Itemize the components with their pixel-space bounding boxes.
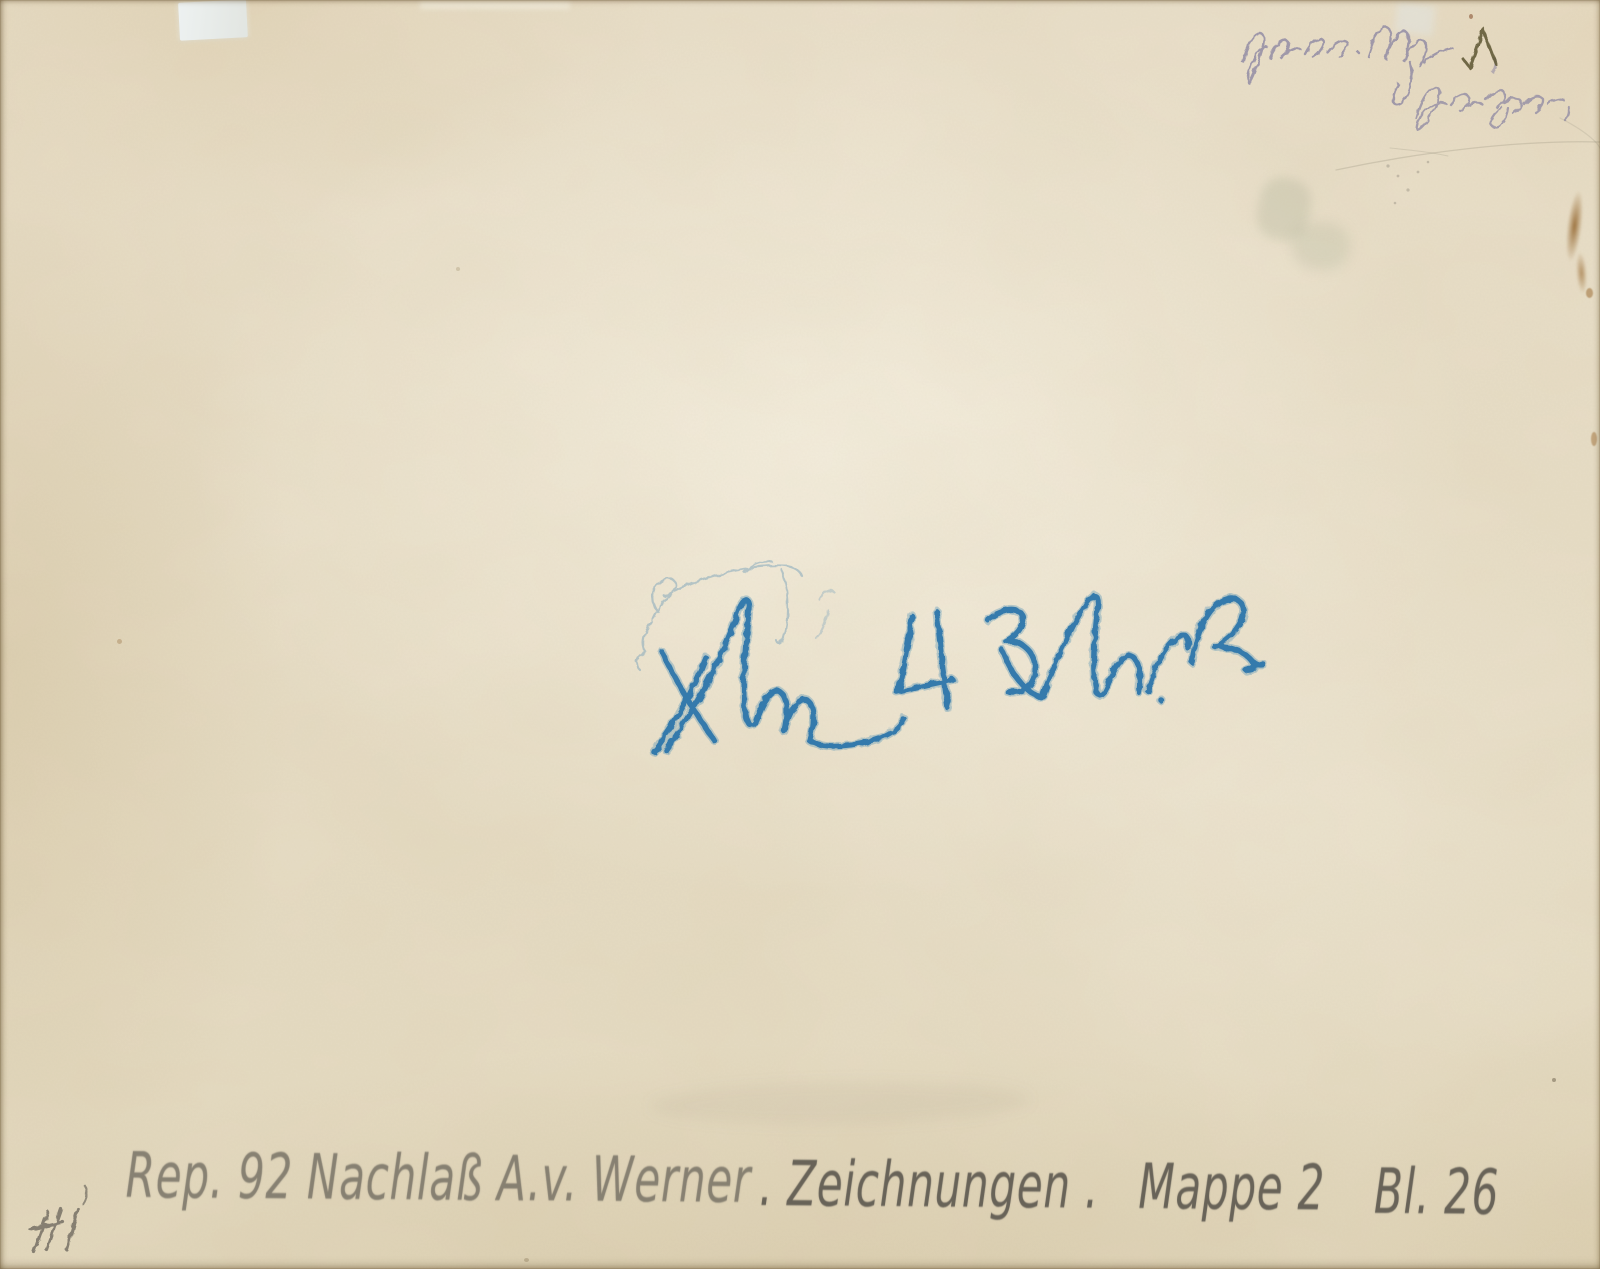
comma-mark [83, 1186, 87, 1204]
inscription-segment: Bl. 26 [1374, 1155, 1500, 1229]
blue-crayon-inscription [654, 596, 1263, 752]
scanned-verso-sheet: Rep. 92 Nachlaß A.v. Werner. Zeichnungen… [0, 0, 1600, 1269]
pencil-speckles [1386, 161, 1429, 205]
handwriting-layer [0, 0, 1600, 1269]
archive-inscription: Rep. 92 Nachlaß A.v. Werner. Zeichnungen… [125, 1139, 1499, 1223]
inscription-segment: Rep. 92 Nachlaß A.v. Werner [125, 1139, 751, 1217]
paper-crease-lines [1336, 118, 1600, 170]
pencil-caret-mark [1464, 30, 1496, 68]
pencil-inscription-top-right-line2 [1416, 87, 1569, 129]
inscription-segment: . Zeichnungen . [759, 1147, 1099, 1223]
pencil-inscription-top-right [1243, 28, 1495, 105]
sheet-number-mark [30, 1209, 78, 1252]
inscription-segment: Mappe 2 [1138, 1150, 1325, 1224]
